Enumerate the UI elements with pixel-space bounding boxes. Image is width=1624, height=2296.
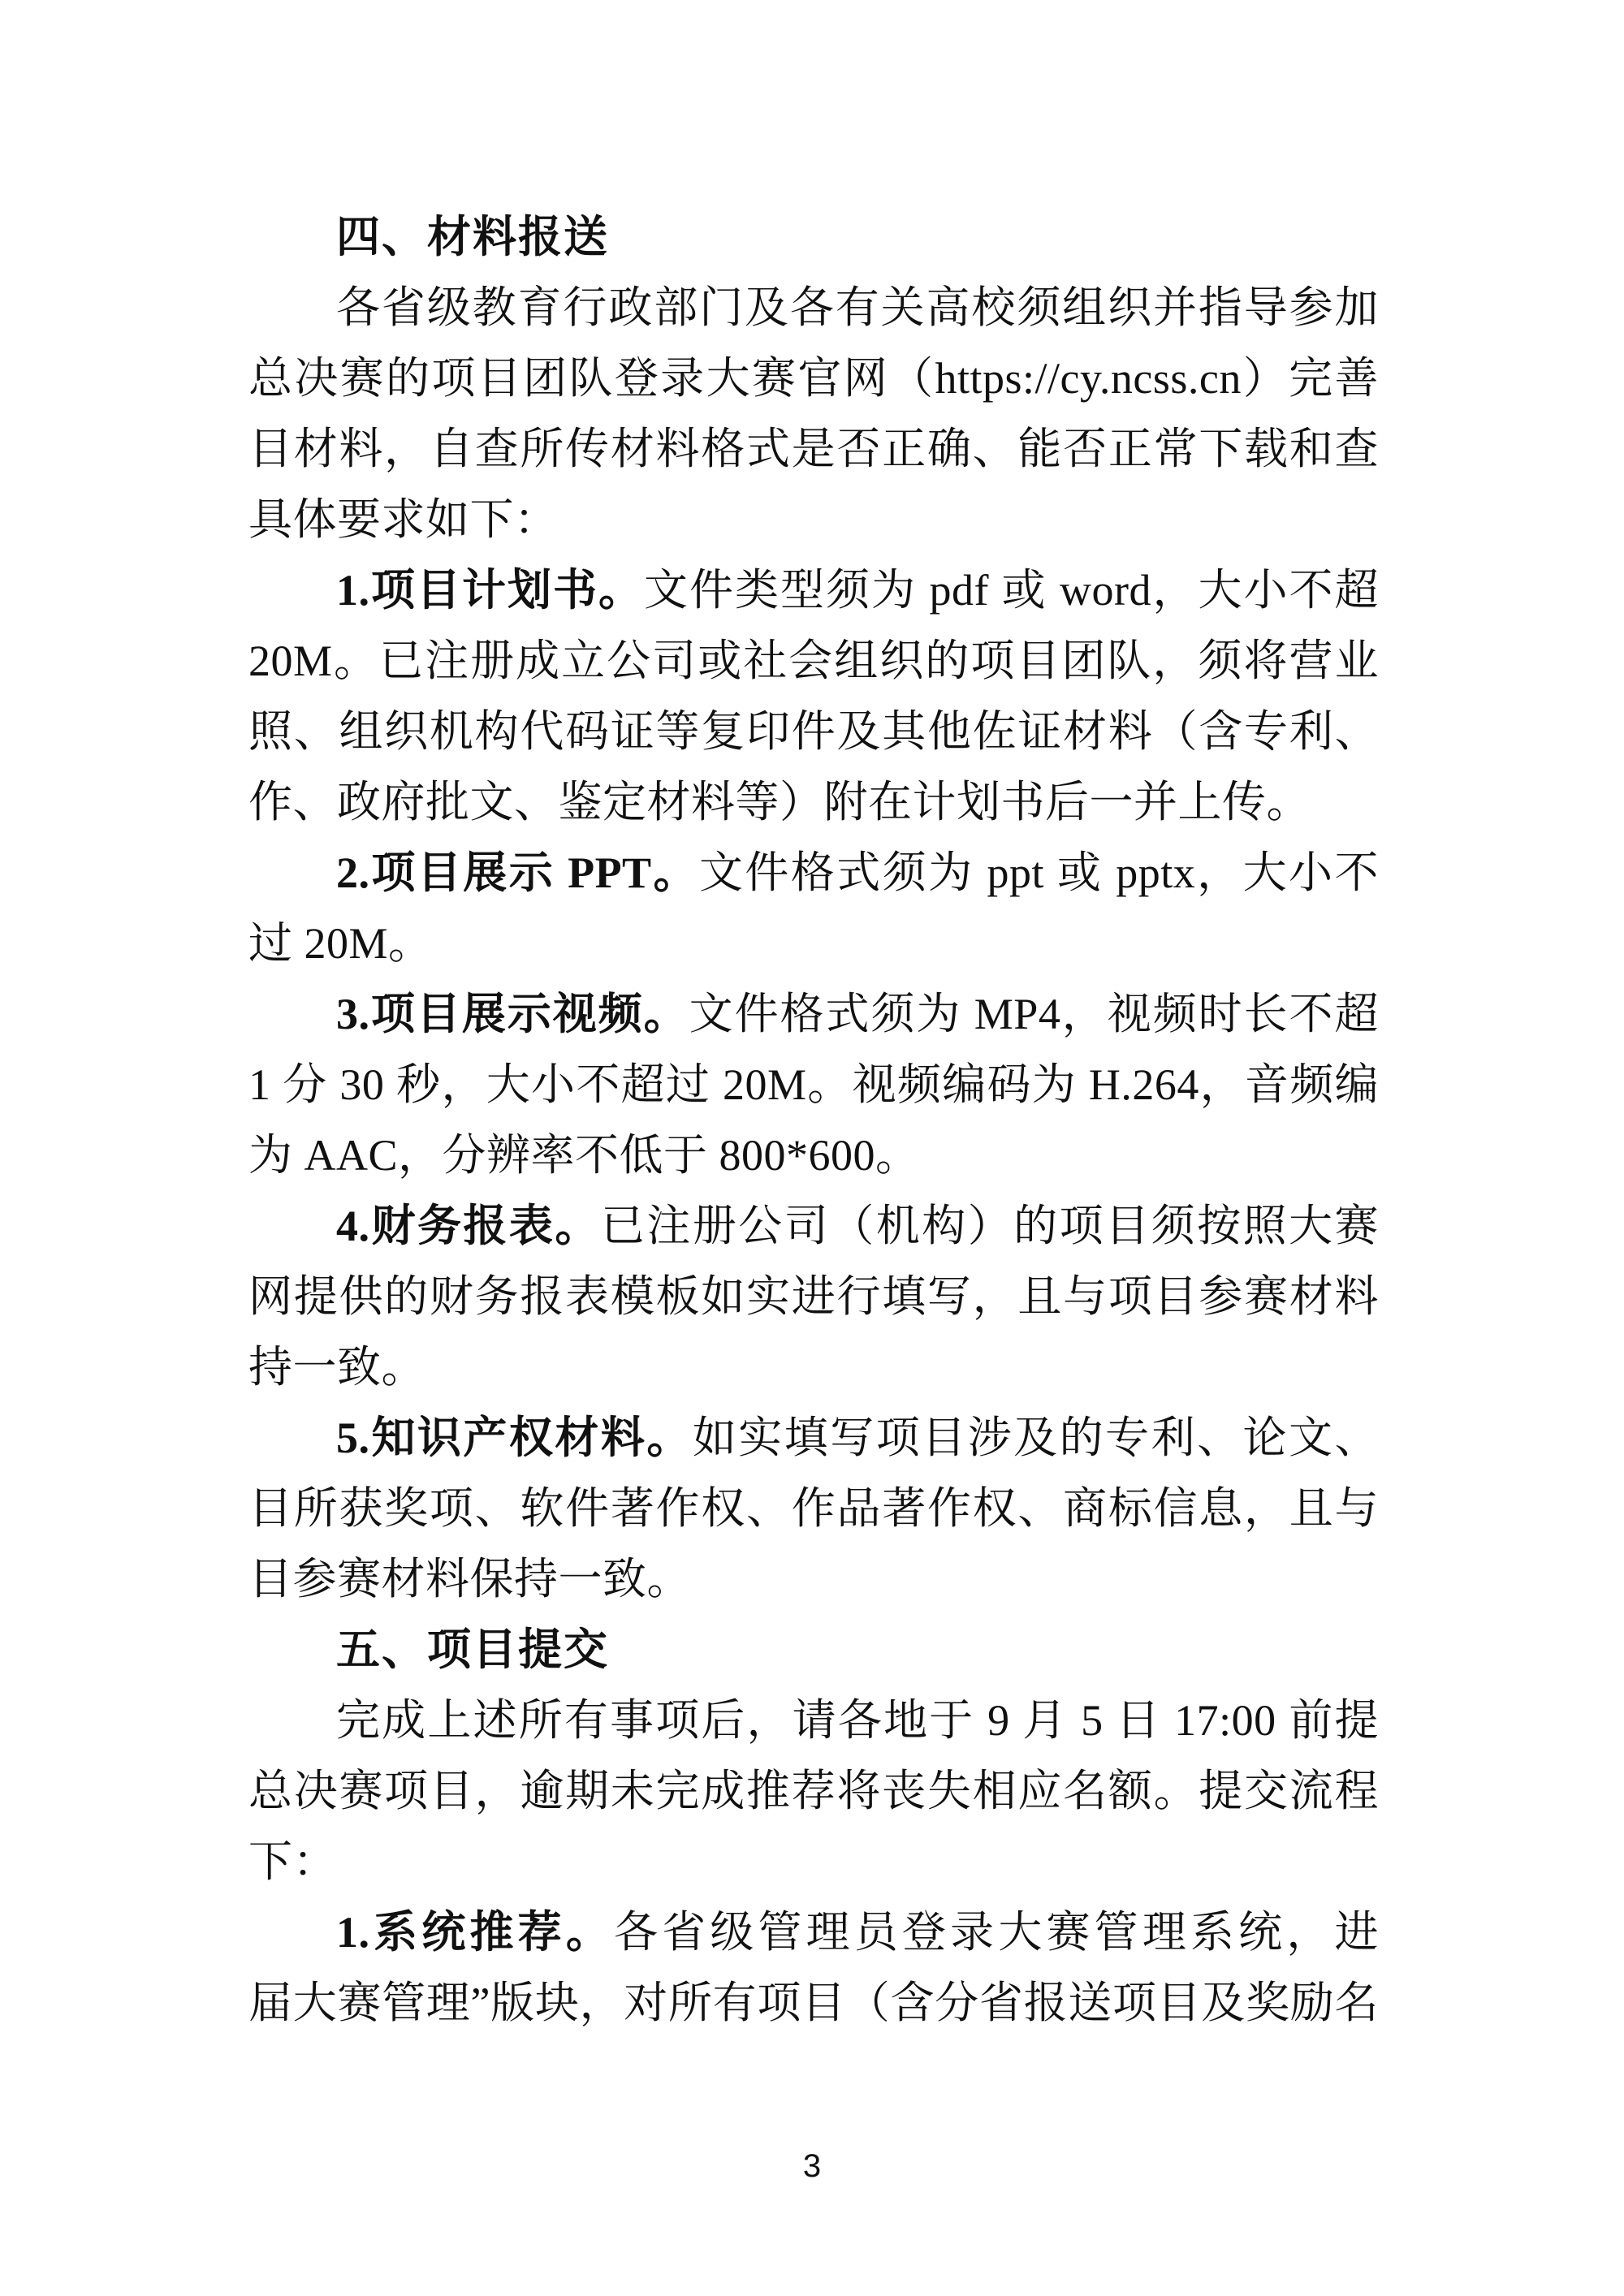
text-line: 目参赛材料保持一致。 [248, 1544, 1379, 1615]
line-text: 为 AAC，分辨率不低于 800*600。 [248, 1131, 920, 1180]
text-line: 各省级教育行政部门及各有关高校须组织并指导参加 [248, 273, 1379, 343]
text-line: 总决赛项目，逾期未完成推荐将丧失相应名额。提交流程如 [248, 1756, 1379, 1827]
text-line: 照、组织机构代码证等复印件及其他佐证材料（含专利、著 [248, 697, 1379, 767]
line-text: 届大赛管理”版块，对所有项目（含分省报送项目及奖励名 [248, 1979, 1379, 2027]
text-line: 具体要求如下： [248, 485, 1379, 555]
text-line-item-1: 1.项目计划书。文件类型须为 pdf 或 word，大小不超过 [248, 555, 1379, 626]
bold-lead: 4.财务报表。 [336, 1202, 601, 1250]
line-text: 20M。已注册成立公司或社会组织的项目团队，须将营业执 [248, 637, 1379, 697]
text-line-item-5: 5.知识产权材料。如实填写项目涉及的专利、论文、项 [248, 1403, 1379, 1474]
bold-lead: 1.系统推荐。 [336, 1908, 614, 1957]
line-text: 1 分 30 秒，大小不超过 20M。视频编码为 H.264，音频编码 [248, 1060, 1379, 1120]
text-line: 目所获奖项、软件著作权、作品著作权、商标信息，且与项 [248, 1474, 1379, 1544]
heading-text: 五、项目提交 [336, 1625, 609, 1674]
text-line: 作、政府批文、鉴定材料等）附在计划书后一并上传。 [248, 767, 1379, 838]
line-text: 具体要求如下： [248, 495, 559, 544]
document-page: 四、材料报送 各省级教育行政部门及各有关高校须组织并指导参加 总决赛的项目团队登… [0, 0, 1624, 2296]
page-number: 3 [0, 2142, 1624, 2190]
text-line: 下： [248, 1827, 1379, 1897]
line-text: 作、政府批文、鉴定材料等）附在计划书后一并上传。 [248, 778, 1311, 826]
line-text: 各省级教育行政部门及各有关高校须组织并指导参加 [336, 283, 1379, 332]
text-line-item-2: 2.项目展示 PPT。文件格式须为 ppt 或 pptx，大小不超 [248, 838, 1379, 908]
text-line-item-recommend: 1.系统推荐。各省级管理员登录大赛管理系统，进入“本 [248, 1897, 1379, 1968]
line-text: 目参赛材料保持一致。 [248, 1555, 691, 1603]
line-text: 完成上述所有事项后，请各地于 9 月 5 日 17:00 前提交 [248, 1696, 1379, 1756]
text-line: 届大赛管理”版块，对所有项目（含分省报送项目及奖励名 [248, 1968, 1379, 2039]
text-line: 网提供的财务报表模板如实进行填写，且与项目参赛材料保 [248, 1262, 1379, 1332]
bold-lead: 5.知识产权材料。 [336, 1413, 693, 1462]
line-text: 持一致。 [248, 1343, 425, 1392]
line-text: 总决赛项目，逾期未完成推荐将丧失相应名额。提交流程如 [248, 1767, 1379, 1827]
line-text: 照、组织机构代码证等复印件及其他佐证材料（含专利、著 [248, 707, 1379, 767]
text-line: 完成上述所有事项后，请各地于 9 月 5 日 17:00 前提交 [248, 1685, 1379, 1756]
text-line: 为 AAC，分辨率不低于 800*600。 [248, 1120, 1379, 1191]
text-line: 总决赛的项目团队登录大赛官网（https://cy.ncss.cn）完善项 [248, 343, 1379, 414]
line-text: 目材料，自查所传材料格式是否正确、能否正常下载和查看。 [248, 425, 1379, 485]
text-line: 目材料，自查所传材料格式是否正确、能否正常下载和查看。 [248, 414, 1379, 485]
section-heading-materials: 四、材料报送 [248, 202, 1379, 273]
line-text: 目所获奖项、软件著作权、作品著作权、商标信息，且与项 [248, 1484, 1379, 1544]
text-line: 过 20M。 [248, 908, 1379, 979]
line-text: 网提供的财务报表模板如实进行填写，且与项目参赛材料保 [248, 1272, 1379, 1332]
text-line-item-3: 3.项目展示视频。文件格式须为 MP4，视频时长不超过 [248, 979, 1379, 1050]
bold-lead: 1.项目计划书。 [336, 566, 644, 615]
line-text: 过 20M。 [248, 919, 433, 968]
text-line: 持一致。 [248, 1332, 1379, 1403]
document-body: 四、材料报送 各省级教育行政部门及各有关高校须组织并指导参加 总决赛的项目团队登… [248, 202, 1379, 2039]
line-text: 下： [248, 1837, 337, 1886]
text-line-item-4: 4.财务报表。已注册公司（机构）的项目须按照大赛官 [248, 1191, 1379, 1262]
text-line: 1 分 30 秒，大小不超过 20M。视频编码为 H.264，音频编码 [248, 1050, 1379, 1120]
text-line: 20M。已注册成立公司或社会组织的项目团队，须将营业执 [248, 626, 1379, 697]
bold-lead: 2.项目展示 PPT。 [336, 848, 699, 897]
heading-text: 四、材料报送 [336, 213, 609, 261]
bold-lead: 3.项目展示视频。 [336, 990, 689, 1038]
section-heading-submission: 五、项目提交 [248, 1615, 1379, 1685]
line-text: 总决赛的项目团队登录大赛官网（https://cy.ncss.cn）完善项 [248, 354, 1379, 414]
